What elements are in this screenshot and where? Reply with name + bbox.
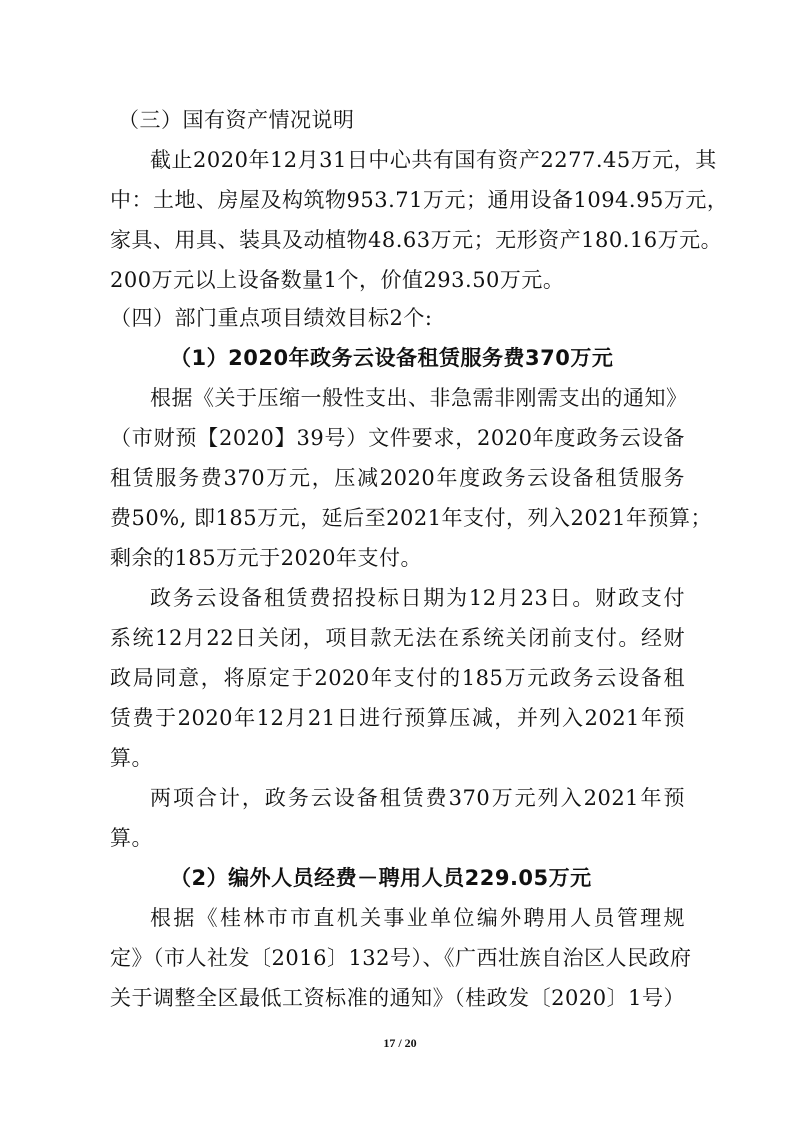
paragraph-line: 中：土地、房屋及构筑物953.71万元；通用设备1094.95万元，: [110, 186, 685, 214]
paragraph-line: （市财预【2020】39号）文件要求，2020年度政务云设备: [110, 424, 685, 452]
item-title-contract-staff: （2）编外人员经费－聘用人员229.05万元: [170, 864, 745, 892]
document-page: （三）国有资产情况说明 截止2020年12月31日中心共有国有资产2277.45…: [0, 0, 800, 1131]
paragraph-line: 系统12月22日关闭，项目款无法在系统关闭前支付。经财: [110, 624, 685, 652]
item-title-cloud-lease: （1）2020年政务云设备租赁服务费370万元: [170, 344, 745, 372]
paragraph-line: 剩余的185万元于2020年支付。: [110, 544, 685, 572]
paragraph-line: 赁费于2020年12月21日进行预算压减，并列入2021年预: [110, 704, 685, 732]
paragraph-line: 算。: [110, 744, 685, 772]
paragraph-line: 政务云设备租赁费招投标日期为12月23日。财政支付: [150, 584, 685, 612]
paragraph-line: 根据《关于压缩一般性支出、非急需非刚需支出的通知》: [150, 384, 685, 412]
paragraph-line: 政局同意，将原定于2020年支付的185万元政务云设备租: [110, 664, 685, 692]
paragraph-line: 截止2020年12月31日中心共有国有资产2277.45万元，其: [150, 146, 685, 174]
page-number: 17 / 20: [0, 1036, 800, 1051]
section-heading-performance-goals: （四）部门重点项目绩效目标2个:: [110, 304, 685, 332]
paragraph-line: 关于调整全区最低工资标准的通知》（桂政发〔2020〕1号）: [110, 984, 685, 1012]
section-heading-state-assets: （三）国有资产情况说明: [118, 106, 693, 134]
paragraph-line: 费50%, 即185万元，延后至2021年支付，列入2021年预算；: [110, 504, 685, 532]
paragraph-line: 两项合计，政务云设备租赁费370万元列入2021年预: [150, 784, 685, 812]
paragraph-line: 定》（市人社发〔2016〕132号）、《广西壮族自治区人民政府: [110, 944, 685, 972]
paragraph-line: 家具、用具、装具及动植物48.63万元；无形资产180.16万元。: [110, 226, 685, 254]
paragraph-line: 租赁服务费370万元，压减2020年度政务云设备租赁服务: [110, 464, 685, 492]
paragraph-line: 算。: [110, 824, 685, 852]
paragraph-line: 根据《桂林市市直机关事业单位编外聘用人员管理规: [150, 904, 685, 932]
paragraph-line: 200万元以上设备数量1个，价值293.50万元。: [110, 266, 685, 294]
